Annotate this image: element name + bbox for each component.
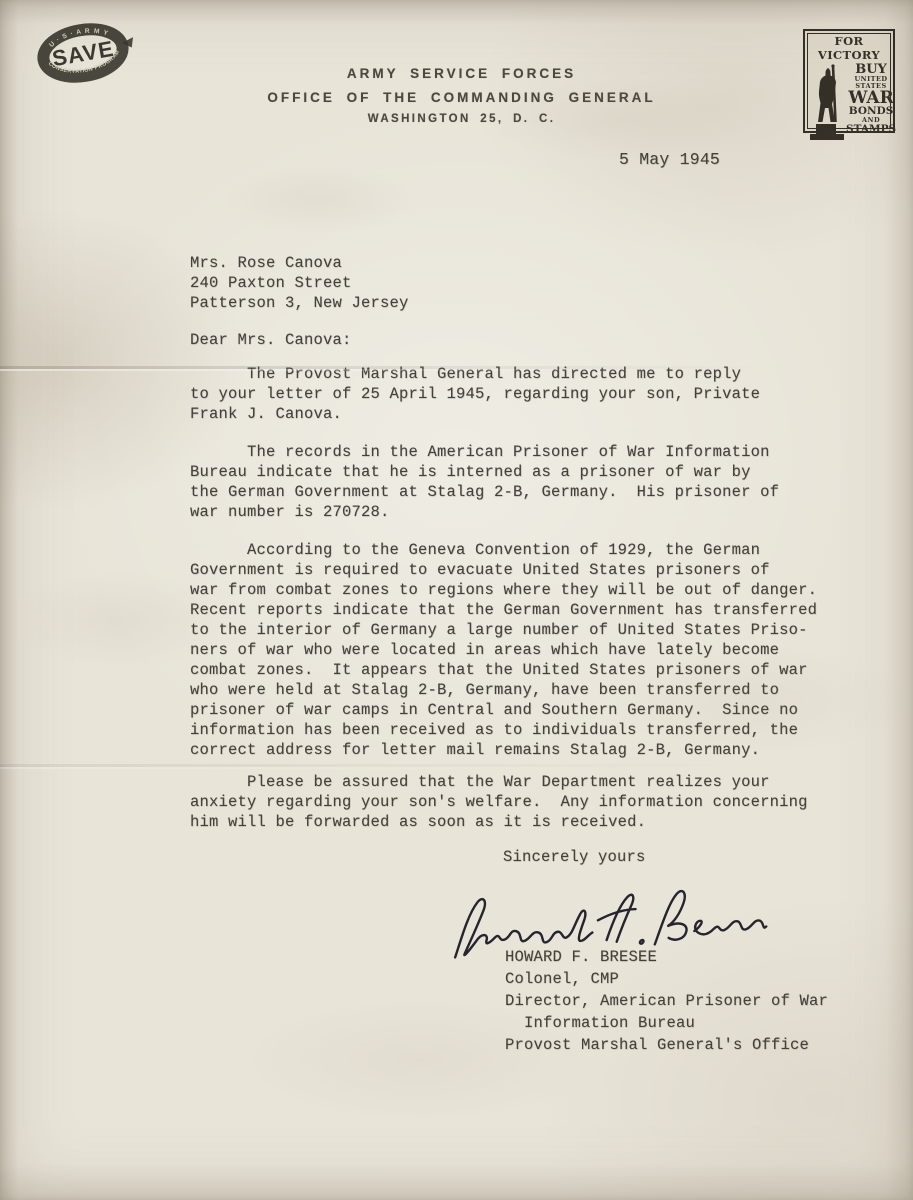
recipient-address: Mrs. Rose Canova 240 Paxton Street Patte… [190, 253, 409, 313]
signature-block: HOWARD F. BRESEE Colonel, CMP Director, … [505, 946, 828, 1056]
army-save-stamp-icon: U · S · A R M Y CONSERVATION PROGRAM SAV… [23, 11, 143, 95]
letterhead-line-3: WASHINGTON 25, D. C. [10, 113, 913, 125]
paper-fold-crease-lower [0, 764, 913, 767]
letterhead-line-1: ARMY SERVICE FORCES [10, 66, 913, 81]
war-bonds-stamp: FOR VICTORY BUY UNITED STATES WAR [803, 29, 895, 133]
paragraph-2: The records in the American Prisoner of … [190, 442, 779, 522]
war-bonds-stamp-frame: FOR VICTORY BUY UNITED STATES WAR [807, 33, 891, 129]
paragraph-3: According to the Geneva Convention of 19… [190, 540, 817, 760]
paragraph-1: The Provost Marshal General has directed… [190, 364, 760, 424]
paragraph-4: Please be assured that the War Departmen… [190, 772, 808, 832]
war-bonds-word-stamps: STAMPS [846, 124, 896, 135]
closing: Sincerely yours [503, 847, 646, 867]
letterhead-line-2: OFFICE OF THE COMMANDING GENERAL [10, 90, 913, 105]
letter-page: U · S · A R M Y CONSERVATION PROGRAM SAV… [0, 0, 913, 1200]
letter-date: 5 May 1945 [619, 150, 720, 170]
minuteman-statue-icon [808, 62, 846, 142]
salutation: Dear Mrs. Canova: [190, 330, 352, 350]
war-bonds-header: FOR VICTORY [808, 34, 890, 62]
war-bonds-word-war: WAR [848, 90, 893, 106]
